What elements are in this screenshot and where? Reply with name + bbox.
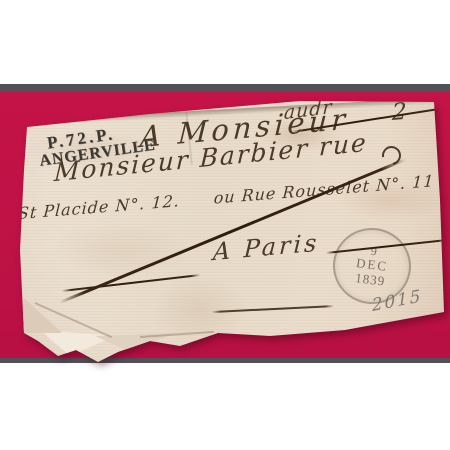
paper-fold-corner (0, 0, 450, 450)
paper-fold-shade (0, 0, 450, 450)
letter-cover: P.72.P. ANGERVILLE audr 2 A Monsieur Mon… (0, 0, 450, 450)
ink-stroke-bottom (212, 305, 334, 312)
address-street-2: ou Rue Rousselet N°. 11 (213, 171, 435, 208)
datestamp-year: 1839 (355, 271, 387, 289)
photo-frame: P.72.P. ANGERVILLE audr 2 A Monsieur Mon… (0, 0, 450, 450)
address-street-gap (180, 204, 214, 207)
ink-cancel-stroke-cross (62, 274, 200, 292)
letter-shadow-wrap: P.72.P. ANGERVILLE audr 2 A Monsieur Mon… (0, 0, 450, 450)
paper-fold-highlight (0, 0, 450, 450)
ink-stroke-end-curl (378, 142, 404, 168)
address-street-1: St Placide N°. 12. (17, 191, 180, 223)
